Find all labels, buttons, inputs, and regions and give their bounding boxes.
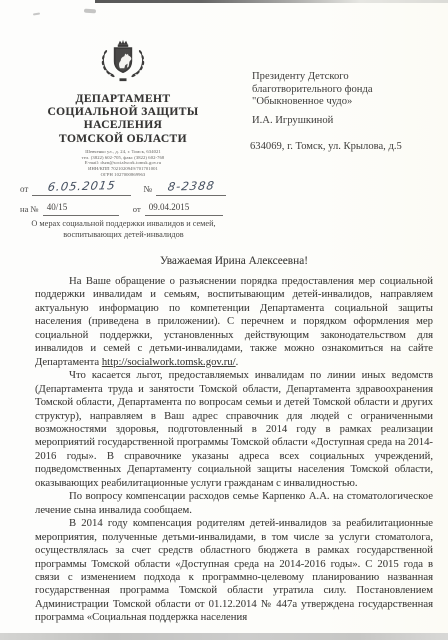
recipient-block: Президенту Детского благотворительного ф… <box>252 71 444 127</box>
recipient-address: 634069, г. Томск, ул. Крылова, д.5 <box>250 141 448 152</box>
org-name: ДЕПАРТАМЕНТ СОЦИАЛЬНОЙ ЗАЩИТЫ НАСЕЛЕНИЯ … <box>16 93 230 146</box>
outgoing-number-field: 8-2388 <box>156 180 226 196</box>
org-name-line: НАСЕЛЕНИЯ <box>16 119 230 132</box>
reply-to-label: на № <box>20 204 39 216</box>
reply-from-label: от <box>133 204 141 216</box>
tomsk-coat-of-arms-icon <box>95 38 151 88</box>
reply-date: 09.04.2015 <box>145 202 190 212</box>
org-name-line: ТОМСКОЙ ОБЛАСТИ <box>16 133 230 146</box>
paragraph-4: В 2014 году компенсация родителям детей-… <box>35 517 433 625</box>
paragraph-1: На Ваше обращение о разъяснении порядка … <box>35 275 433 369</box>
salutation: Уважаемая Ирина Алексеевна! <box>35 255 433 267</box>
number-label: № <box>143 184 152 196</box>
recipient-title-line: благотворительного фонда <box>252 84 444 97</box>
paragraph-1-text: На Ваше обращение о разъяснении порядка … <box>35 275 433 368</box>
letter-subject: О мерах социальной поддержки инвалидов и… <box>20 219 227 240</box>
org-name-line: ДЕПАРТАМЕНТ <box>16 93 230 106</box>
pencil-mark <box>84 9 96 13</box>
outgoing-ref-row: от6.05.2015№8-2388 <box>20 180 232 196</box>
scan-artifact-top-edge <box>95 0 448 3</box>
letter-body: На Ваше обращение о разъяснении порядка … <box>35 275 433 625</box>
reply-date-field: 09.04.2015 <box>145 202 223 216</box>
org-contact-info: Шевченко ул., д. 24, г. Томск, 634021 те… <box>16 149 230 178</box>
recipient-org-name: "Обыкновенное чудо» <box>252 96 444 109</box>
org-name-line: СОЦИАЛЬНОЙ ЗАЩИТЫ <box>16 106 230 119</box>
outgoing-date-field: 6.05.2015 <box>32 180 131 196</box>
recipient-title-line: Президенту Детского <box>252 71 444 84</box>
scan-artifact-bottom-edge <box>0 633 448 640</box>
recipient-person-name: И.А. Игрушкиной <box>252 115 444 128</box>
reply-ref-row: на №40/15от09.04.2015 <box>20 202 232 216</box>
department-website-link: http://socialwork.tomsk.gov.ru/ <box>102 356 236 368</box>
paragraph-3: По вопросу компенсации расходов семье Ка… <box>35 490 433 517</box>
paragraph-1-end: . <box>236 356 239 368</box>
from-label: от <box>20 184 28 196</box>
pencil-mark <box>33 13 40 16</box>
reply-number-field: 40/15 <box>43 202 119 216</box>
org-ogrn: ОГРН 1027000869963 <box>16 172 230 178</box>
scanned-letter-page: ДЕПАРТАМЕНТ СОЦИАЛЬНОЙ ЗАЩИТЫ НАСЕЛЕНИЯ … <box>0 0 448 640</box>
handwritten-number: 8-2388 <box>166 178 215 193</box>
handwritten-date: 6.05.2015 <box>47 178 117 194</box>
letterhead: ДЕПАРТАМЕНТ СОЦИАЛЬНОЙ ЗАЩИТЫ НАСЕЛЕНИЯ … <box>16 38 230 177</box>
paragraph-2: Что касается льгот, предоставляемых инва… <box>35 369 433 490</box>
reply-number: 40/15 <box>43 202 68 212</box>
